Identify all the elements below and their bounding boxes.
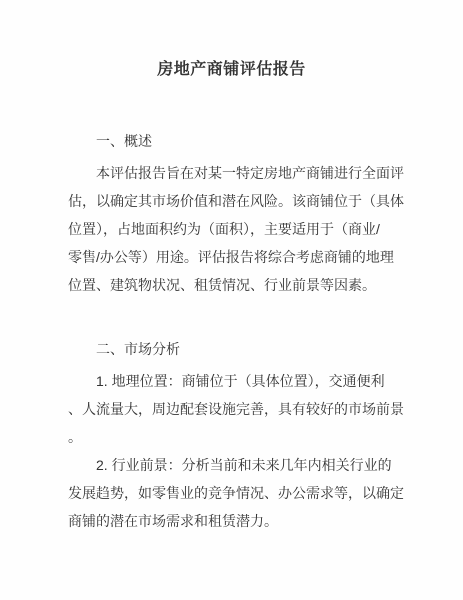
section-heading-market-analysis: 二、市场分析 (68, 335, 403, 363)
text-line: 、人流量大，周边配套设施完善，具有较好的市场前景 (68, 395, 403, 423)
text-line: 位置），占地面积约为（面积），主要适用于（商业/ (68, 215, 403, 243)
text-line: 估，以确定其市场价值和潜在风险。该商铺位于（具体 (68, 187, 403, 215)
text-line: 商铺的潜在市场需求和租赁潜力。 (68, 507, 403, 535)
text-line: 1. 地理位置：商铺位于（具体位置），交通便利 (68, 367, 403, 395)
report-body: 一、概述 本评估报告旨在对某一特定房地产商铺进行全面评 估，以确定其市场价值和潜… (0, 127, 463, 535)
section-heading-overview: 一、概述 (68, 127, 403, 155)
text-line: 本评估报告旨在对某一特定房地产商铺进行全面评 (68, 159, 403, 187)
market-industry-paragraph: 2. 行业前景：分析当前和未来几年内相关行业的 发展趋势，如零售业的竞争情况、办… (68, 451, 403, 535)
report-title: 房地产商铺评估报告 (0, 58, 463, 82)
market-location-paragraph: 1. 地理位置：商铺位于（具体位置），交通便利 、人流量大，周边配套设施完善，具… (68, 367, 403, 451)
text-line: 零售/办公等）用途。评估报告将综合考虑商铺的地理 (68, 243, 403, 271)
report-page: 房地产商铺评估报告 一、概述 本评估报告旨在对某一特定房地产商铺进行全面评 估，… (0, 0, 463, 600)
overview-paragraph: 本评估报告旨在对某一特定房地产商铺进行全面评 估，以确定其市场价值和潜在风险。该… (68, 159, 403, 299)
text-line: 发展趋势，如零售业的竞争情况、办公需求等，以确定 (68, 479, 403, 507)
text-line: 。 (68, 423, 403, 451)
text-line: 位置、建筑物状况、租赁情况、行业前景等因素。 (68, 271, 403, 299)
text-line: 2. 行业前景：分析当前和未来几年内相关行业的 (68, 451, 403, 479)
